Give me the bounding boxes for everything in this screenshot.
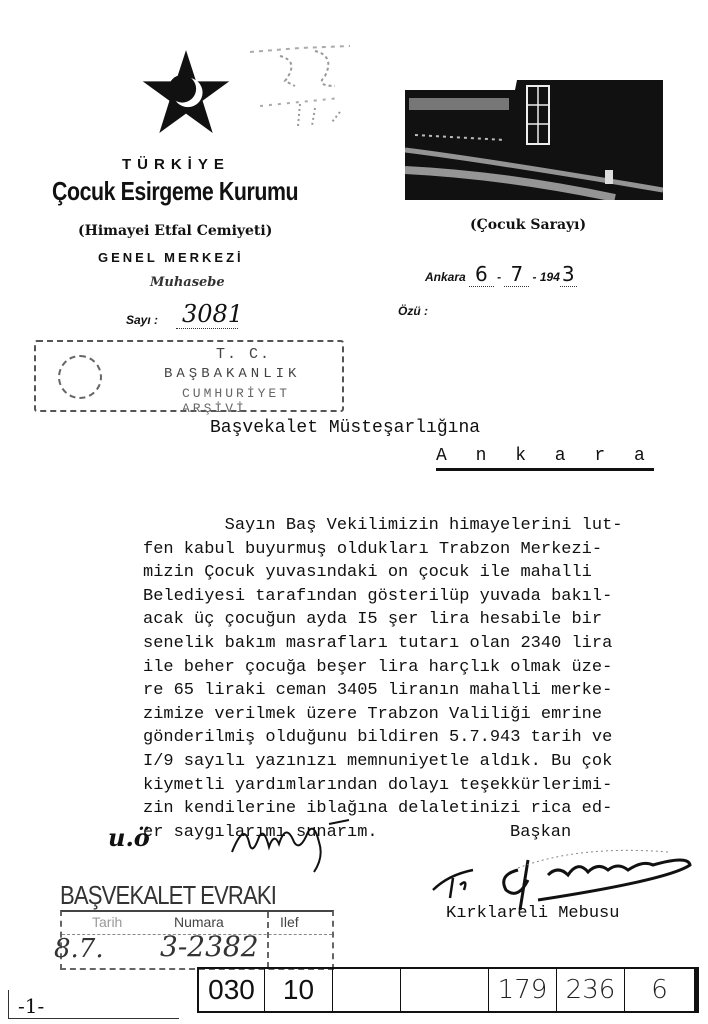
date-year-prefix: 194: [540, 270, 560, 284]
organization-name: Çocuk Esirgeme Kurumu: [52, 176, 290, 207]
body-line: acak üç çocuğun ayda I5 şer lira hesabil…: [143, 608, 703, 632]
code-cell: 236: [557, 969, 625, 1011]
body-line: Belediyesi tarafından gösterilüp yuvada …: [143, 585, 703, 609]
faded-handwritten-note: [240, 36, 370, 128]
body-line: gönderilmiş olduğunu bildiren 5.7.943 ta…: [143, 726, 703, 750]
body-line: zimize verilmek üzere Trabzon Valiliği e…: [143, 703, 703, 727]
registry-col-ref: Ilef: [280, 914, 299, 930]
date-day: 6: [475, 262, 488, 286]
summary-label: Özü :: [398, 304, 428, 318]
code-cell: [333, 969, 401, 1011]
body-line: Sayın Baş Vekilimizin himayelerini lut-: [143, 514, 703, 538]
building-photo-icon: [405, 80, 663, 200]
handwritten-mark: u.ö: [108, 823, 150, 852]
code-cell: [401, 969, 489, 1011]
body-line: re 65 liraki ceman 3405 liranın mahalli …: [143, 679, 703, 703]
signature-icon: [428, 840, 698, 910]
registry-col-date: Tarih: [92, 914, 122, 930]
archive-stamp-line2: BAŞBAKANLIK: [164, 366, 300, 382]
organization-former-name: (Himayei Etfal Cemiyeti): [78, 223, 272, 239]
number-value: 3081: [182, 300, 243, 328]
registry-stamp-title: BAŞVEKALET EVRAKI: [60, 880, 290, 911]
date-month: 7: [510, 262, 523, 286]
classification-codes: 030 10 179 236 6: [197, 967, 699, 1013]
date-line: Ankara 6 - 7 - 1943: [425, 262, 577, 287]
code-cell: 179: [489, 969, 557, 1011]
body-line: mizin Çocuk yuvasındaki on çocuk ile mah…: [143, 561, 703, 585]
archive-stamp: T. C. BAŞBAKANLIK CUMHURİYET ARŞİVİ: [34, 340, 344, 412]
registry-stamp: BAŞVEKALET EVRAKI Tarih Numara Ilef 8.7.…: [60, 880, 330, 966]
body-line: ile beher çocuğa beşer lira harçlık olma…: [143, 656, 703, 680]
registry-date: 8.7.: [54, 934, 104, 964]
addressee-office: Başvekalet Müsteşarlığına: [210, 418, 480, 438]
registry-number: 3-2382: [160, 930, 259, 963]
letter-body: Sayın Baş Vekilimizin himayelerini lut-f…: [143, 514, 703, 844]
number-label: Sayı :: [126, 313, 158, 327]
body-line: senelik bakım masrafları tutarı olan 234…: [143, 632, 703, 656]
code-cell: 10: [265, 969, 333, 1011]
crescent-emblem-icon: [58, 355, 102, 399]
body-line: fen kabul buyurmuş oldukları Trabzon Mer…: [143, 538, 703, 562]
star-and-crescent-icon: [140, 48, 232, 136]
date-place: Ankara: [425, 270, 466, 284]
signatory-position: Kırklareli Mebusu: [446, 904, 619, 923]
initial-signature-icon: [224, 812, 374, 874]
addressee-city: A n k a r a: [436, 446, 654, 471]
archive-stamp-line3: CUMHURİYET ARŞİVİ: [182, 386, 342, 416]
registry-col-number: Numara: [174, 914, 224, 930]
number-underline: [176, 328, 238, 329]
department-name: Muhasebe: [150, 275, 225, 290]
code-cell: 6: [625, 969, 694, 1011]
photo-caption: (Çocuk Sarayı): [470, 217, 586, 233]
page-number: -1-: [18, 994, 44, 1018]
date-year-suffix: 3: [562, 262, 575, 286]
body-line: kiymetli yardımlarından dolayı teşekkürl…: [143, 774, 703, 798]
code-cell: 030: [199, 969, 265, 1011]
archive-stamp-line1: T. C.: [216, 346, 271, 363]
body-line: I/9 sayılı yazınızı memnuniyetle aldık. …: [143, 750, 703, 774]
organization-unit: GENEL MERKEZİ: [98, 250, 244, 265]
country-heading: TÜRKİYE: [122, 156, 262, 173]
